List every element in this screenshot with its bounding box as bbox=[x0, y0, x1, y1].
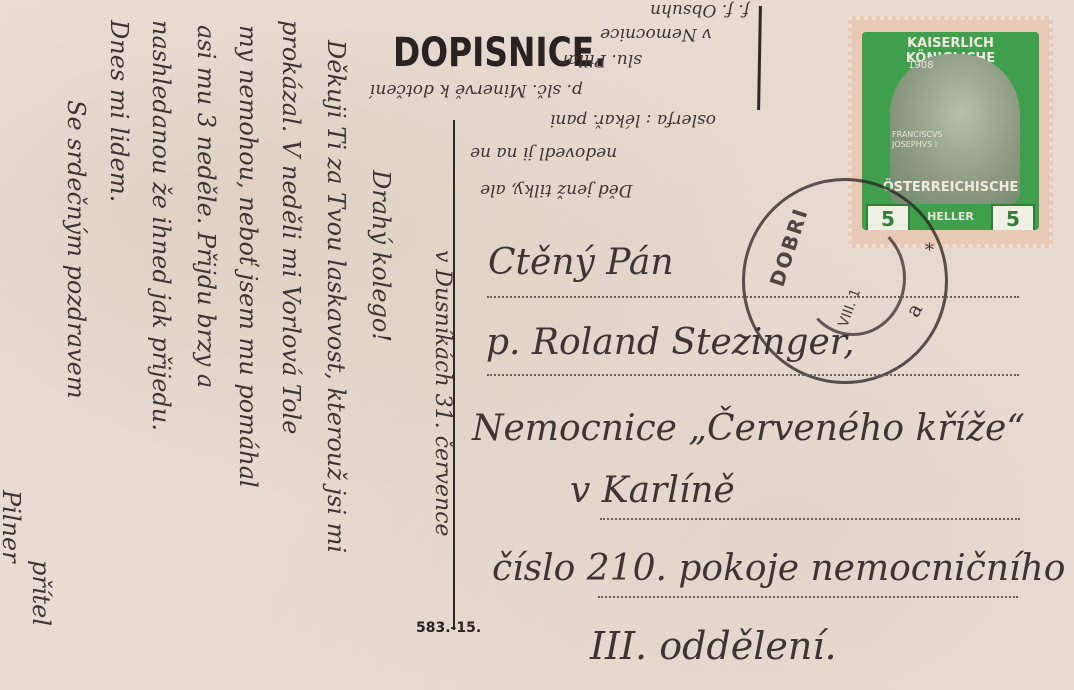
postmark-star-icon: * bbox=[925, 240, 934, 261]
stamp-year: 1908 bbox=[908, 60, 933, 71]
message-line: nashledanou že ihned jak přijedu. bbox=[147, 20, 175, 431]
message-signoff: přítel bbox=[27, 560, 55, 626]
address-dotted-line bbox=[487, 296, 1019, 298]
upside-note-line: p. slč. Minervě k dotčení bbox=[370, 80, 583, 100]
postcard: DOPISNICE. f. f. Obsuhn v Nemocnice slu.… bbox=[0, 0, 1074, 690]
message-line: Děkuji Ti za Tvou laskavost, kterouž jsi… bbox=[322, 40, 350, 553]
message-line: asi mu 3 neděle. Přijdu brzy a bbox=[192, 25, 220, 388]
message-line: Drahý kolego! bbox=[367, 170, 395, 342]
print-number: 583.-15. bbox=[416, 620, 481, 636]
stamp-value-right: 5 bbox=[991, 204, 1035, 230]
address-line-4: v Karlíně bbox=[570, 470, 735, 511]
address-line-6: III. oddělení. bbox=[590, 624, 837, 668]
stamp-name: FRANCISCVS JOSEPHVS I bbox=[892, 130, 942, 150]
address-line-3: Nemocnice „Červeného kříže“ bbox=[472, 408, 1025, 449]
message-line: Dnes mi lidem. bbox=[105, 20, 133, 202]
upside-note-line: Děd jenž tilky, ale bbox=[480, 180, 632, 200]
address-dotted-line bbox=[487, 374, 1019, 376]
message-line: Se srdečným pozdravem bbox=[62, 100, 90, 399]
message-signature: Pilner bbox=[0, 490, 25, 563]
message-line: prokázal. V neděli mi Vorlová Tole bbox=[277, 20, 305, 434]
address-line-5: číslo 210. pokoje nemocničního bbox=[492, 548, 1065, 589]
upside-note-line: f. f. Obsuhn bbox=[650, 0, 749, 20]
address-dotted-line bbox=[598, 596, 1018, 598]
address-dotted-line bbox=[600, 518, 1020, 520]
upside-note-line: v Nemocnice bbox=[600, 24, 712, 44]
address-line-2: p. Roland Stezinger, bbox=[486, 322, 855, 363]
sender-place-date: v Dusníkách 31. července bbox=[430, 250, 455, 536]
upside-note-line: oslerfa : lékař. pani bbox=[550, 110, 716, 130]
stamp-area-rule bbox=[757, 6, 762, 110]
address-line-1: Ctěný Pán bbox=[488, 242, 674, 283]
message-line: my nemohou, neboť jsem mu pomáhal bbox=[234, 25, 262, 488]
upside-note-line: slu. Pillar bbox=[560, 50, 642, 70]
upside-note-line: nedovedl ji na ne bbox=[470, 143, 617, 163]
